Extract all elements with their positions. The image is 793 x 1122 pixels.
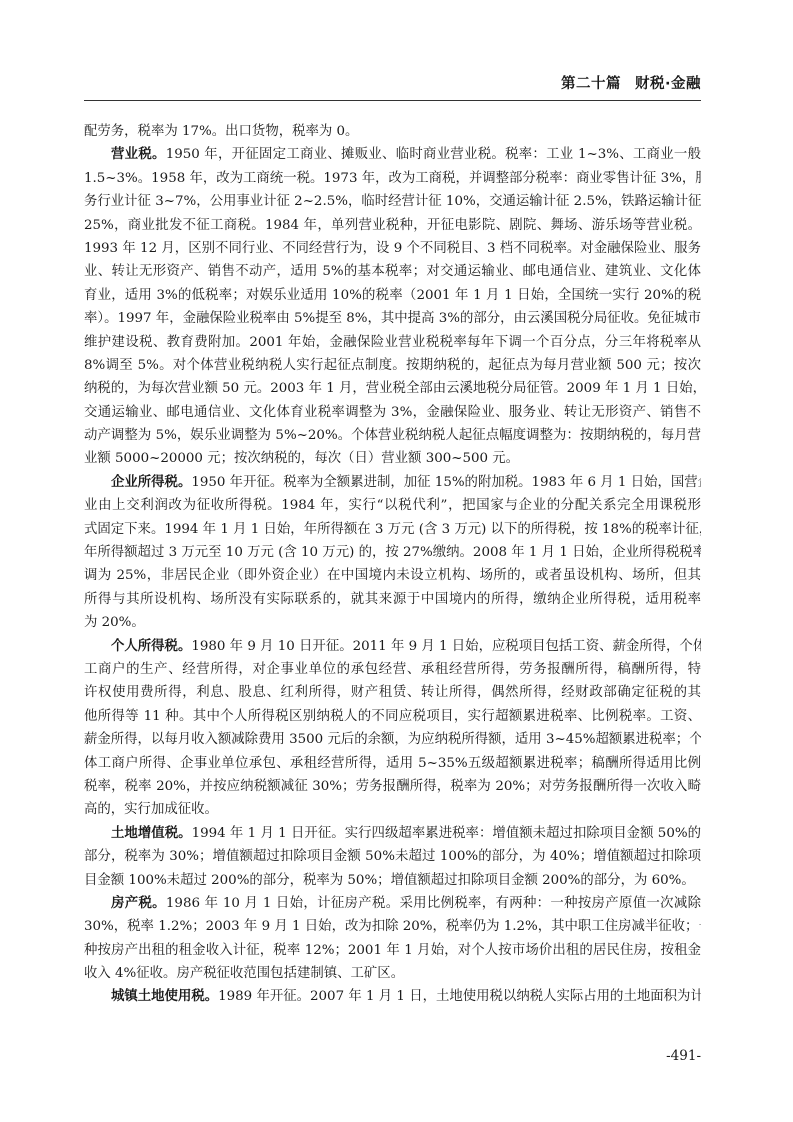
- text-line: 种按房产出租的租金收入计征，税率 12%；2001 年 1 月始，对个人按市场价…: [84, 939, 701, 962]
- text-line: 城镇土地使用税。1989 年开征。2007 年 1 月 1 日，土地使用税以纳税…: [84, 985, 701, 1008]
- text-line: 交通运输业、邮电通信业、文化体育业税率调整为 3%，金融保险业、服务业、转让无形…: [84, 401, 701, 424]
- text-line: 工商户的生产、经营所得，对企事业单位的承包经营、承租经营所得，劳务报酬所得，稿酬…: [84, 658, 701, 681]
- text-line: 薪金所得，以每月收入额减除费用 3500 元后的余额，为应纳税所得额，适用 3~…: [84, 728, 701, 751]
- text-line: 纳税的，为每次营业额 50 元。2003 年 1 月，营业税全部由云溪地税分局征…: [84, 377, 701, 400]
- text-line: 所得与其所设机构、场所没有实际联系的，就其来源于中国境内的所得，缴纳企业所得税，…: [84, 588, 701, 611]
- text-line: 收入 4%征收。房产税征收范围包括建制镇、工矿区。: [84, 962, 701, 985]
- page-number: -491-: [84, 1048, 701, 1064]
- paragraph-term: 企业所得税。: [111, 475, 191, 490]
- paragraph-term: 个人所得税。: [111, 639, 191, 654]
- running-header: 第二十篇财税·金融: [84, 72, 701, 93]
- text-line: 部分，税率为 30%；增值额超过扣除项目金额 50%未超过 100%的部分，为 …: [84, 845, 701, 868]
- text-line: 税率，税率 20%，并按应纳税额减征 30%；劳务报酬所得，税率为 20%；对劳…: [84, 775, 701, 798]
- text-line: 30%，税率 1.2%；2003 年 9 月 1 日始，改为扣除 20%，税率仍…: [84, 915, 701, 938]
- text-line: 企业所得税。1950 年开征。税率为全额累进制，加征 15%的附加税。1983 …: [84, 471, 701, 494]
- paragraph-business-tax: 营业税。1950 年，开征固定工商业、摊贩业、临时商业营业税。税率：工业 1~3…: [84, 143, 701, 470]
- text-line: 土地增值税。1994 年 1 月 1 日开征。实行四级超率累进税率：增值额未超过…: [84, 822, 701, 845]
- text-line: 高的，实行加成征收。: [84, 798, 701, 821]
- paragraph-land-value-added-tax: 土地增值税。1994 年 1 月 1 日开征。实行四级超率累进税率：增值额未超过…: [84, 822, 701, 892]
- text-line: 业额 5000~20000 元；按次纳税的，每次（日）营业额 300~500 元…: [84, 447, 701, 470]
- text-line: 8%调至 5%。对个体营业税纳税人实行起征点制度。按期纳税的，起征点为每月营业额…: [84, 354, 701, 377]
- paragraph-property-tax: 房产税。1986 年 10 月 1 日始，计征房产税。采用比例税率，有两种：一种…: [84, 892, 701, 986]
- text-line: 许权使用费所得，利息、股息、红利所得，财产租赁、转让所得，偶然所得，经财政部确定…: [84, 681, 701, 704]
- text-line: 个人所得税。1980 年 9 月 10 日开征。2011 年 9 月 1 日始，…: [84, 635, 701, 658]
- paragraph-term: 城镇土地使用税。: [111, 989, 218, 1004]
- text-line: 1.5~3%。1958 年，改为工商统一税。1973 年，改为工商税，并调整部分…: [84, 167, 701, 190]
- part-label: 第二十篇: [561, 76, 621, 92]
- text-line: 目金额 100%未超过 200%的部分，税率为 50%；增值额超过扣除项目金额 …: [84, 869, 701, 892]
- text-line: 为 20%。: [84, 611, 701, 634]
- text-line: 房产税。1986 年 10 月 1 日始，计征房产税。采用比例税率，有两种：一种…: [84, 892, 701, 915]
- text-line: 动产调整为 5%，娱乐业调整为 5%~20%。个体营业税纳税人起征点幅度调整为：…: [84, 424, 701, 447]
- text-line: 务行业计征 3~7%，公用事业计征 2~2.5%，临时经营计征 10%，交通运输…: [84, 190, 701, 213]
- text-line: 配劳务，税率为 17%。出口货物，税率为 0。: [84, 120, 701, 143]
- header-rule: [84, 100, 701, 101]
- paragraph-urban-land-use-tax: 城镇土地使用税。1989 年开征。2007 年 1 月 1 日，土地使用税以纳税…: [84, 985, 701, 1008]
- text-line: 营业税。1950 年，开征固定工商业、摊贩业、临时商业营业税。税率：工业 1~3…: [84, 143, 701, 166]
- text-line: 体工商户所得、企事业单位承包、承租经营所得，适用 5~35%五级超额累进税率；稿…: [84, 752, 701, 775]
- text-line: 率）。1997 年，金融保险业税率由 5%提至 8%，其中提高 3%的部分，由云…: [84, 307, 701, 330]
- body-text: 配劳务，税率为 17%。出口货物，税率为 0。 营业税。1950 年，开征固定工…: [84, 120, 701, 1009]
- text-line: 他所得等 11 种。其中个人所得税区别纳税人的不同应税项目，实行超额累进税率、比…: [84, 705, 701, 728]
- text-line: 年所得额超过 3 万元至 10 万元 (含 10 万元) 的，按 27%缴纳。2…: [84, 541, 701, 564]
- text-line: 式固定下来。1994 年 1 月 1 日始，年所得额在 3 万元 (含 3 万元…: [84, 518, 701, 541]
- paragraph-term: 营业税。: [111, 147, 166, 162]
- text-line: 业、转让无形资产、销售不动产，适用 5%的基本税率；对交通运输业、邮电通信业、建…: [84, 260, 701, 283]
- text-line: 调为 25%，非居民企业（即外资企业）在中国境内未设立机构、场所的，或者虽设机构…: [84, 564, 701, 587]
- paragraph-corporate-income-tax: 企业所得税。1950 年开征。税率为全额累进制，加征 15%的附加税。1983 …: [84, 471, 701, 635]
- paragraph-continuation: 配劳务，税率为 17%。出口货物，税率为 0。: [84, 120, 701, 143]
- text-line: 25%，商业批发不征工商税。1984 年，单列营业税种，开征电影院、剧院、舞场、…: [84, 214, 701, 237]
- paragraph-term: 房产税。: [111, 896, 166, 911]
- text-line: 业由上交利润改为征收所得税。1984 年，实行“以税代利”，把国家与企业的分配关…: [84, 494, 701, 517]
- section-title: 财税·金融: [635, 76, 701, 92]
- paragraph-term: 土地增值税。: [111, 826, 192, 841]
- text-line: 育业，适用 3%的低税率；对娱乐业适用 10%的税率（2001 年 1 月 1 …: [84, 284, 701, 307]
- text-line: 1993 年 12 月，区别不同行业、不同经营行为，设 9 个不同税目、3 档不…: [84, 237, 701, 260]
- text-line: 维护建设税、教育费附加。2001 年始，金融保险业营业税税率每年下调一个百分点，…: [84, 331, 701, 354]
- paragraph-personal-income-tax: 个人所得税。1980 年 9 月 10 日开征。2011 年 9 月 1 日始，…: [84, 635, 701, 822]
